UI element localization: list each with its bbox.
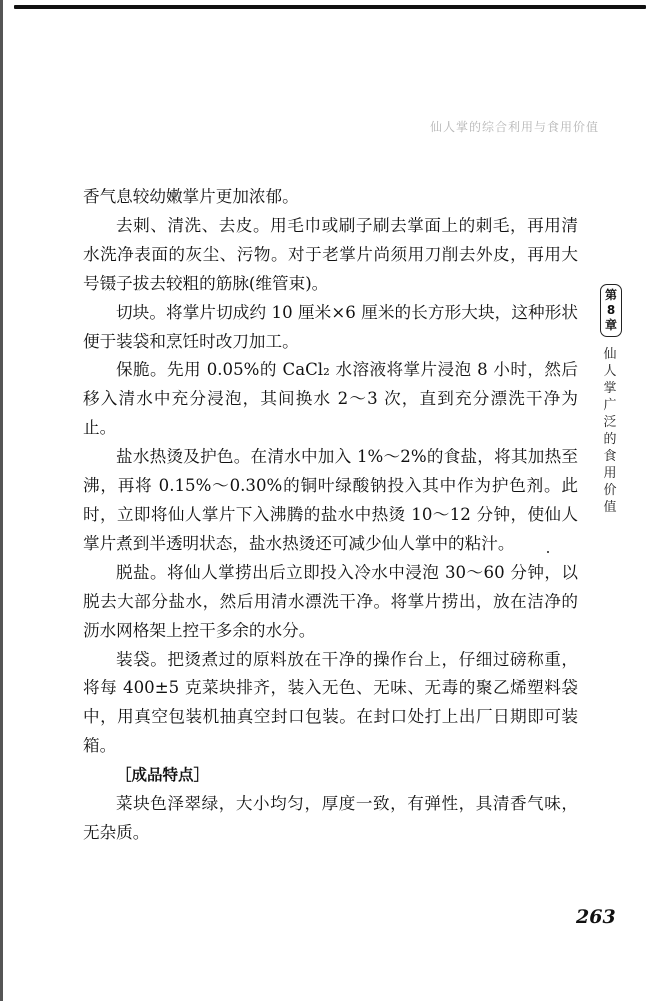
header-rule: [14, 5, 646, 9]
page-left-edge: [0, 0, 3, 1001]
paragraph-cutting: 切块。将掌片切成约 10 厘米×6 厘米的长方形大块，这种形状便于装袋和烹饪时改…: [83, 299, 578, 357]
paragraph-blanching: 盐水热烫及护色。在清水中加入 1%～2%的食盐，将其加热至沸，再将 0.15%～…: [83, 443, 578, 559]
paragraph-bagging: 装袋。把烫煮过的原料放在干净的操作台上，仔细过磅称重，将每 400±5 克菜块排…: [83, 646, 578, 762]
paragraph-continuation: 香气息较幼嫩掌片更加浓郁。: [83, 183, 578, 212]
paragraph-remove-spines: 去刺、清洗、去皮。用毛巾或刷子刷去掌面上的刺毛，再用清水洗净表面的灰尘、污物。对…: [83, 212, 578, 299]
chapter-title-char: 广: [600, 397, 620, 414]
chapter-title-char: 值: [600, 499, 620, 516]
chapter-title-char: 掌: [600, 380, 620, 397]
chapter-title-char: 仙: [600, 346, 620, 363]
chapter-tab: 第 8 章: [600, 284, 622, 337]
chapter-title-char: 用: [600, 465, 620, 482]
section-heading-product-features: ［成品特点］: [83, 761, 578, 790]
running-head: 仙人掌的综合利用与食用价值: [430, 118, 620, 135]
page-number: 263: [576, 906, 616, 928]
paragraph-product-features: 菜块色泽翠绿，大小均匀，厚度一致，有弹性，具清香气味，无杂质。: [83, 790, 578, 848]
scan-speck: [547, 551, 549, 553]
chapter-side-title: 仙 人 掌 广 泛 的 食 用 价 值: [600, 346, 620, 516]
chapter-title-char: 食: [600, 448, 620, 465]
paragraph-desalting: 脱盐。将仙人掌捞出后立即投入冷水中浸泡 30～60 分钟，以脱去大部分盐水，然后…: [83, 559, 578, 646]
chapter-title-char: 人: [600, 363, 620, 380]
chapter-number: 8: [601, 303, 621, 318]
chapter-prefix: 第: [601, 288, 621, 303]
chapter-title-char: 泛: [600, 414, 620, 431]
chapter-title-char: 价: [600, 482, 620, 499]
chapter-suffix: 章: [601, 318, 621, 333]
chapter-title-char: 的: [600, 431, 620, 448]
body-text: 香气息较幼嫩掌片更加浓郁。 去刺、清洗、去皮。用毛巾或刷子刷去掌面上的刺毛，再用…: [83, 183, 578, 848]
paragraph-crisp-keeping: 保脆。先用 0.05%的 CaCl₂ 水溶液将掌片浸泡 8 小时，然后移入清水中…: [83, 356, 578, 443]
